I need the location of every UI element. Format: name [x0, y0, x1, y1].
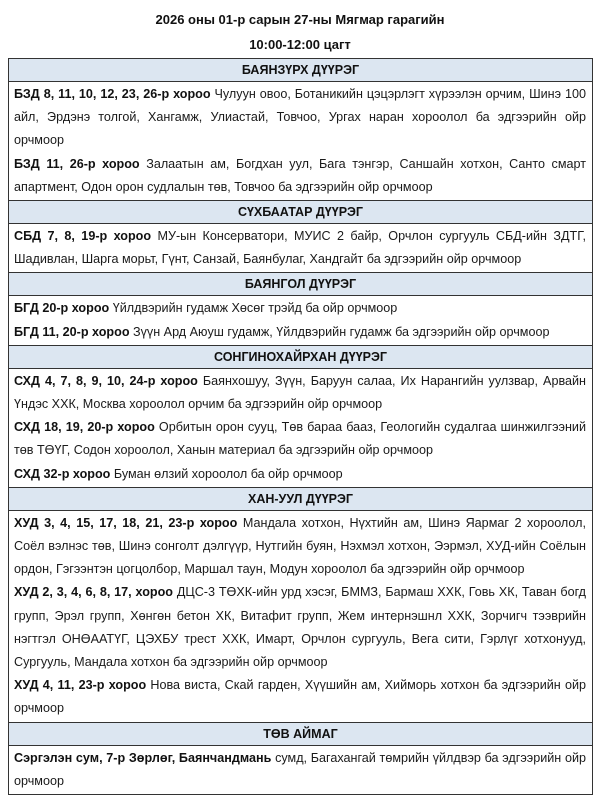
district-section: ХАН-УУЛ ДҮҮРЭГХУД 3, 4, 15, 17, 18, 21, … — [9, 488, 592, 723]
district-section: ТӨВ АЙМАГСэргэлэн сум, 7-р Зөрлөг, Баянч… — [9, 723, 592, 794]
khoroo-code: БГД 20-р хороо — [14, 301, 109, 315]
outage-entry: ХУД 2, 3, 4, 6, 8, 17, хороо ДЦС-3 ТӨХК-… — [14, 581, 586, 674]
district-header: БАЯНЗҮРХ ДҮҮРЭГ — [9, 59, 592, 82]
khoroo-code: СБД 7, 8, 19-р хороо — [14, 229, 151, 243]
district-section: СҮХБААТАР ДҮҮРЭГСБД 7, 8, 19-р хороо МУ-… — [9, 201, 592, 273]
khoroo-code: СХД 4, 7, 8, 9, 10, 24-р хороо — [14, 374, 198, 388]
outage-entry: БГД 20-р хороо Үйлдвэрийн гудамж Хөсөг т… — [14, 297, 586, 320]
outage-entry: ХУД 4, 11, 23-р хороо Нова виста, Скай г… — [14, 674, 586, 720]
outage-entry: БЗД 11, 26-р хороо Залаатын ам, Богдхан … — [14, 153, 586, 199]
khoroo-code: ХУД 4, 11, 23-р хороо — [14, 678, 146, 692]
district-header: ТӨВ АЙМАГ — [9, 723, 592, 746]
document-title-time: 10:00-12:00 цагт — [0, 37, 600, 52]
khoroo-code: СХД 18, 19, 20-р хороо — [14, 420, 155, 434]
affected-locations: Зүүн Ард Аюуш гудамж, Үйлдвэрийн гудамж … — [130, 325, 550, 339]
khoroo-code: БЗД 8, 11, 10, 12, 23, 26-р хороо — [14, 87, 211, 101]
outage-schedule-table: БАЯНЗҮРХ ДҮҮРЭГБЗД 8, 11, 10, 12, 23, 26… — [8, 58, 593, 795]
affected-locations: Буман өлзий хороолол ба ойр орчмоор — [110, 467, 342, 481]
district-entries: СБД 7, 8, 19-р хороо МУ-ын Консерватори,… — [9, 224, 592, 272]
district-entries: БЗД 8, 11, 10, 12, 23, 26-р хороо Чулуун… — [9, 82, 592, 200]
outage-entry: БЗД 8, 11, 10, 12, 23, 26-р хороо Чулуун… — [14, 83, 586, 153]
khoroo-code: ХУД 2, 3, 4, 6, 8, 17, хороо — [14, 585, 173, 599]
khoroo-code: Сэргэлэн сум, 7-р Зөрлөг, Баянчандмань — [14, 751, 271, 765]
district-header: СОНГИНОХАЙРХАН ДҮҮРЭГ — [9, 346, 592, 369]
outage-entry: Сэргэлэн сум, 7-р Зөрлөг, Баянчандмань с… — [14, 747, 586, 793]
outage-entry: ХУД 3, 4, 15, 17, 18, 21, 23-р хороо Ман… — [14, 512, 586, 582]
district-entries: Сэргэлэн сум, 7-р Зөрлөг, Баянчандмань с… — [9, 746, 592, 794]
outage-entry: СХД 18, 19, 20-р хороо Орбитын орон сууц… — [14, 416, 586, 462]
outage-entry: СБД 7, 8, 19-р хороо МУ-ын Консерватори,… — [14, 225, 586, 271]
affected-locations: Үйлдвэрийн гудамж Хөсөг трэйд ба ойр орч… — [109, 301, 397, 315]
khoroo-code: БЗД 11, 26-р хороо — [14, 157, 140, 171]
outage-entry: СХД 4, 7, 8, 9, 10, 24-р хороо Баянхошуу… — [14, 370, 586, 416]
district-header: СҮХБААТАР ДҮҮРЭГ — [9, 201, 592, 224]
document-title-date: 2026 оны 01-р сарын 27-ны Мягмар гарагий… — [0, 12, 600, 27]
outage-entry: БГД 11, 20-р хороо Зүүн Ард Аюуш гудамж,… — [14, 321, 586, 344]
district-entries: СХД 4, 7, 8, 9, 10, 24-р хороо Баянхошуу… — [9, 369, 592, 487]
outage-entry: СХД 32-р хороо Буман өлзий хороолол ба о… — [14, 463, 586, 486]
khoroo-code: БГД 11, 20-р хороо — [14, 325, 130, 339]
district-header: БАЯНГОЛ ДҮҮРЭГ — [9, 273, 592, 296]
district-entries: ХУД 3, 4, 15, 17, 18, 21, 23-р хороо Ман… — [9, 511, 592, 722]
district-section: БАЯНЗҮРХ ДҮҮРЭГБЗД 8, 11, 10, 12, 23, 26… — [9, 59, 592, 201]
district-header: ХАН-УУЛ ДҮҮРЭГ — [9, 488, 592, 511]
khoroo-code: ХУД 3, 4, 15, 17, 18, 21, 23-р хороо — [14, 516, 237, 530]
khoroo-code: СХД 32-р хороо — [14, 467, 110, 481]
district-section: СОНГИНОХАЙРХАН ДҮҮРЭГСХД 4, 7, 8, 9, 10,… — [9, 346, 592, 488]
document-page: 2026 оны 01-р сарын 27-ны Мягмар гарагий… — [0, 0, 600, 802]
district-section: БАЯНГОЛ ДҮҮРЭГБГД 20-р хороо Үйлдвэрийн … — [9, 273, 592, 345]
district-entries: БГД 20-р хороо Үйлдвэрийн гудамж Хөсөг т… — [9, 296, 592, 344]
